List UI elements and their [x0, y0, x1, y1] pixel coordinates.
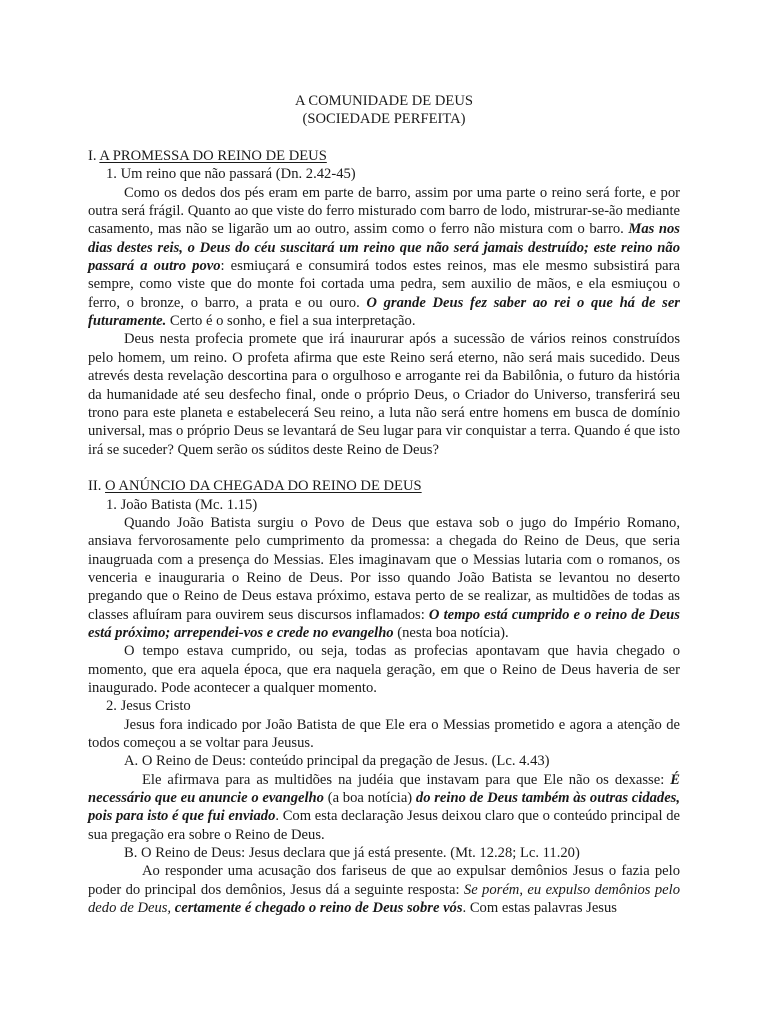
emphasis-quote: certamente é chegado o reino de Deus sob…	[175, 900, 463, 916]
subheading: B. O Reino de Deus: Jesus declara que já…	[88, 844, 680, 862]
section-heading-text: O ANÚNCIO DA CHEGADA DO REINO DE DEUS	[105, 478, 422, 494]
document-title: A COMUNIDADE DE DEUS (SOCIEDADE PERFEITA…	[88, 92, 680, 129]
paragraph: Jesus fora indicado por João Batista de …	[88, 716, 680, 753]
subheading: 1. João Batista (Mc. 1.15)	[88, 496, 680, 514]
section-heading-2: II. O ANÚNCIO DA CHEGADA DO REINO DE DEU…	[88, 477, 680, 495]
subheading: A. O Reino de Deus: conteúdo principal d…	[88, 752, 680, 770]
title-line-2: (SOCIEDADE PERFEITA)	[88, 110, 680, 128]
section-heading-text: A PROMESSA DO REINO DE DEUS	[99, 148, 326, 164]
paragraph: Quando João Batista surgiu o Povo de Deu…	[88, 514, 680, 642]
paragraph: Ele afirmava para as multidões na judéia…	[88, 771, 680, 844]
title-line-1: A COMUNIDADE DE DEUS	[88, 92, 680, 110]
document-page: A COMUNIDADE DE DEUS (SOCIEDADE PERFEITA…	[88, 92, 680, 917]
section-heading-1: I. A PROMESSA DO REINO DE DEUS	[88, 147, 680, 165]
subheading: 2. Jesus Cristo	[88, 697, 680, 715]
paragraph: Como os dedos dos pés eram em parte de b…	[88, 184, 680, 331]
paragraph: Deus nesta profecia promete que irá inau…	[88, 330, 680, 458]
subheading: 1. Um reino que não passará (Dn. 2.42-45…	[88, 165, 680, 183]
paragraph: O tempo estava cumprido, ou seja, todas …	[88, 642, 680, 697]
paragraph: Ao responder uma acusação dos fariseus d…	[88, 862, 680, 917]
